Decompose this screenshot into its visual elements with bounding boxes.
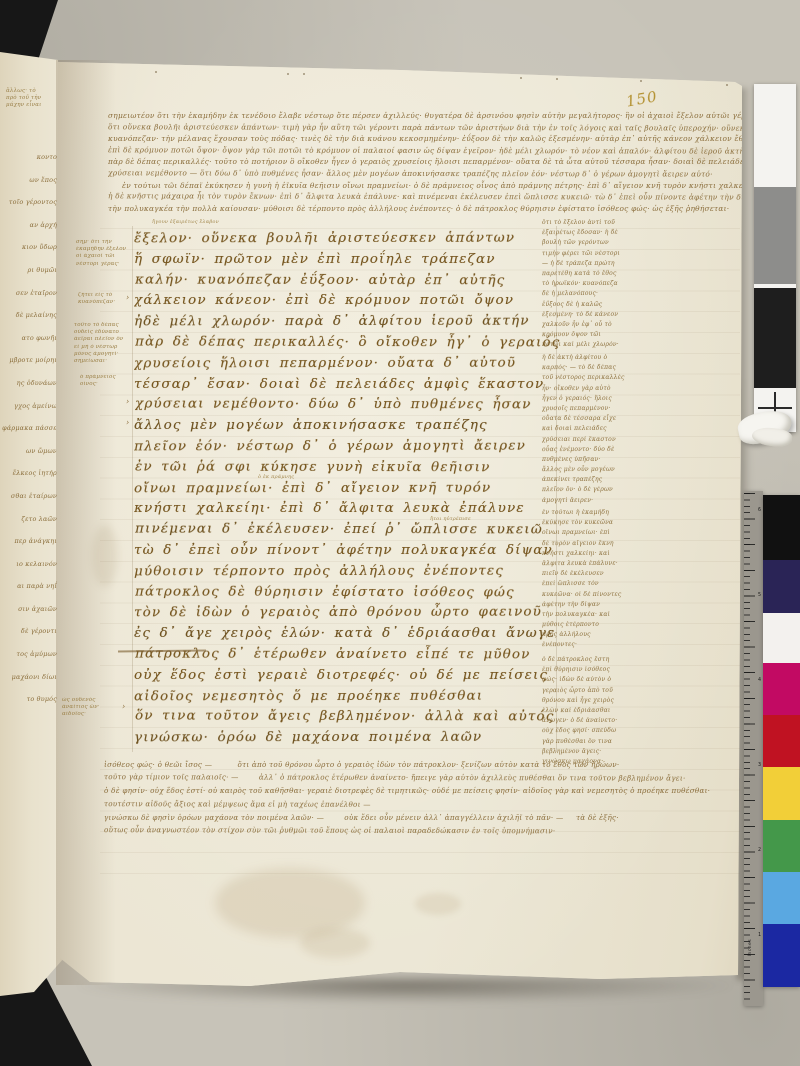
previous-page-marginal-note: ἄλλως· τὸπρὸ τοῦ τὴνμάχην εἶναι [6, 88, 58, 109]
note-line: ὡς οὐδενὸς [62, 697, 128, 704]
scholia-line: παρετέθη κατὰ τὸ ἔθος [542, 269, 632, 280]
line-ending: ατο φωνῆι [0, 327, 60, 350]
ruler-number: 5 [756, 592, 763, 598]
scholia-line: τοῦτο γὰρ τίμιον τοῖς παλαιοῖς· — ἀλλ᾽ ὁ… [104, 770, 742, 785]
ruler-label: Inches [748, 939, 753, 956]
line-ending: δὲ μελαίνης [0, 304, 60, 327]
line-ending: μβροτε μοίρηι [0, 349, 60, 372]
scholia-line: ὁ δὲ πάτροκλος ἔστη [542, 655, 632, 665]
verse-line: πάτροκλος δ᾽ ἑτέρωθεν ἀναίνετο εἶπέ τε μ… [135, 644, 573, 666]
right-scholia-block: ὅτι τὸ ἔξελον ἀντὶ τοῦἐξαιρέτως ἔδοσαν· … [542, 218, 632, 350]
scholia-line: μύθοις ἐτέρποντο [542, 620, 632, 631]
diple-mark: › [126, 418, 129, 427]
color-patch [763, 924, 800, 987]
verse-line: χρύσειαι νεμέθοντο· δύω δ᾽ ὑπὸ πυθμένες … [135, 395, 573, 417]
scholia-line: κυκεῶνα· οἱ δὲ πίνοντες [542, 590, 632, 600]
line-ending: σεν ἑταῖρον [0, 282, 60, 305]
pricking-dot [556, 78, 558, 80]
left-margin-note: σημ· ὅτι τὴνἑκαμήδην ἔξελονοἱ ἀχαιοὶ τῶι… [76, 239, 134, 268]
scholia-line: τὴν πολυκαγκέα τὴν πολλὰ καίουσαν· μύθοι… [108, 203, 742, 215]
scholia-line: δὲ ἡ μελανόπους· [542, 289, 632, 300]
scholia-line: γὰρ πυθέσθαι ὅν τινα [542, 737, 632, 747]
scholia-line: θρόνου καὶ ἦγε χειρὸς [542, 696, 632, 706]
note-line: οἱ ἀχαιοὶ τῶι [76, 253, 134, 260]
scholia-line: βουλὴ τῶν γερόντων [542, 238, 632, 248]
scholia-line: ἡ δὲ ἀκτὴ ἀλφίτου ὁ [542, 353, 632, 363]
manuscript-photograph: ἄλλως· τὸπρὸ τοῦ τὴνμάχην εἶναι κοντοων … [0, 0, 800, 1066]
verse-line: χρυσείοις ἥλοισι πεπαρμένον· οὔατα δ᾽ αὐ… [134, 353, 572, 375]
note-line: πρὸ τοῦ τὴν [6, 95, 58, 102]
note-line: ὁ πράμνειος [80, 374, 134, 381]
note-line: ἀναίτιος ὤν· [62, 704, 128, 711]
line-ending: ης ὀδυνάων [0, 372, 60, 395]
scholia-line: ἐν τούτωι ἡ ἑκαμήδη [542, 508, 632, 518]
pricking-dot [303, 73, 305, 75]
scholia-line: κνήστι χαλκείηι· καὶ [542, 549, 632, 559]
right-scholia-block: ἐν τούτωι ἡ ἑκαμήδηἐκύκησε τὸν κυκεῶναοἴ… [542, 508, 632, 651]
color-patch [763, 560, 800, 613]
scholia-line: βεβλημένον ἄγεις· [542, 747, 632, 758]
scholia-line: πυθμένες ὑπῆσαν· [542, 455, 632, 465]
ruler-number: 6 [756, 507, 763, 513]
scholia-line: φώς· ἰδὼν δὲ αὐτὸν ὁ [542, 675, 632, 685]
line-ending: γχος ἀμείνω [0, 395, 60, 418]
note-line: σημ· ὅτι τὴν [76, 239, 134, 246]
verse-line: καλήν· κυανόπεζαν ἐΰξοον· αὐτὰρ ἐπ᾽ αὐτῆ… [135, 270, 573, 292]
ruler-number: 2 [756, 847, 763, 853]
scholia-line: ἄλλος μὲν οὖν μογέων [542, 465, 632, 476]
scholia-line: σημειωτέον ὅτι τὴν ἑκαμήδην ἐκ τενέδοιο … [108, 110, 742, 122]
right-scholia-block: ἡ δὲ ἀκτὴ ἀλφίτου ὁκαρπός· — τὸ δὲ δέπας… [542, 353, 632, 506]
scholia-line: τὸ ἡρωϊκόν· κυανόπεζα [542, 279, 632, 289]
pricking-dot [520, 77, 522, 79]
pricking-dot [155, 71, 157, 73]
scholia-line: ἐξεσμένη· τὸ δὲ κάνεον [542, 310, 632, 321]
scholia-line: τουτέστιν αἰδοῦς ἄξιος καὶ μέμψεως ἅμα ε… [104, 797, 742, 812]
scholia-line: ἦν· οἴκοθεν γὰρ αὐτὸ [542, 383, 632, 394]
scholia-line: χρυσοῖς πεπαρμένον· [542, 404, 632, 415]
scholia-line: ἡ δὲ κνῆστις μάχαιρα ἧι τὸν τυρὸν ἔκνων·… [108, 190, 742, 203]
verse-line: ὅν τινα τοῦτον ἄγεις βεβλημένον· ἀλλὰ κα… [135, 707, 573, 729]
scholia-line: πιεῖν δὲ ἐκέλευσεν [542, 569, 632, 579]
left-margin-note: ζήτει εἰς τὸκυανόπεζαν· [78, 292, 134, 306]
line-ending: περ ἀνάγκηι [0, 530, 60, 553]
scholia-line: ἦγεν ὁ γεραιός· ἥλοις [542, 394, 632, 404]
line-ending: μαχάονι δίωι [0, 666, 60, 689]
scholia-line: ἐν τούτωι τῶι δέπαϊ ἐκύκησεν ἡ γυνὴ ἡ ἐϊ… [108, 180, 742, 192]
line-ending: ζετο λαῶν [0, 508, 60, 531]
note-line: ἄλλως· τὸ [6, 88, 58, 95]
bottom-scholia-block: ἰσόθεος φώς· ὁ θεῶι ἴσος — ὅτι ἀπὸ τοῦ θ… [104, 758, 742, 837]
scholia-line: ἑλὼν καὶ ἑδριάασθαι [542, 706, 632, 717]
color-patch [763, 613, 800, 663]
verse-line: ἠδὲ μέλι χλωρόν· παρὰ δ᾽ ἀλφίτου ἱεροῦ ἀ… [134, 312, 572, 334]
scholia-line: καρπός· — τὸ δὲ δέπας [542, 363, 632, 374]
scholia-line: ἐπὶ θύρηισιν ἰσόθεος [542, 665, 632, 676]
scholia-line: ὅτι τὸ ἔξελον ἀντὶ τοῦ [542, 218, 632, 228]
scholia-line: τὴν πολυκαγκέα· καὶ [542, 610, 632, 620]
interlinear-gloss: ὁ ἐκ πράμνης [258, 474, 294, 480]
scholia-line: γινώσκω δὲ φησὶν ὁρόων μαχάονα τὸν ποιμέ… [104, 811, 742, 824]
verse-line: κνήστι χαλκείηι· ἐπὶ δ᾽ ἄλφιτα λευκὰ ἐπά… [134, 499, 572, 520]
note-line: μάχην εἶναι [6, 102, 58, 109]
verse-line: ἄλλος μὲν μογέων ἀποκινήσασκε τραπέζης [134, 416, 572, 437]
color-patch [763, 663, 800, 715]
note-line: εἰ μὴ ὁ νέστωρ [74, 344, 134, 351]
scholia-line: ἐνέποντες· [542, 640, 632, 651]
line-ending: ων ὤμων [0, 440, 60, 463]
scholia-line: ἰσόθεος φώς· ὁ θεῶι ἴσος — ὅτι ἀπὸ τοῦ θ… [104, 758, 742, 771]
scholia-line: οὖας ἐνέμοντο· δύο δὲ [542, 445, 632, 456]
scholia-line: πὰρ δὲ δέπας περικαλλές· τοῦτο τὸ ποτήρι… [108, 156, 742, 168]
gray-patch [754, 187, 796, 284]
note-line: ἑκαμήδην ἔξελον [76, 246, 134, 253]
note-line: αἰδοῖος· [62, 711, 128, 718]
verse-line: πὰρ δὲ δέπας περικαλλές· ὃ οἴκοθεν ἦγ᾽ ὁ… [135, 333, 573, 355]
scholia-line: ποτῶι καὶ μέλι χλωρόν· [542, 340, 632, 350]
verse-line: τὼ δ᾽ ἐπεὶ οὖν πίνοντ᾽ ἀφέτην πολυκαγκέα… [134, 541, 572, 562]
black-patch [754, 288, 796, 388]
verse-line: ἐν τῶι ῥά σφι κύκησε γυνὴ εἰκυῖα θεῆισιν [135, 457, 573, 479]
verse-line: πάτροκλος δὲ θύρηισιν ἐφίστατο ἰσόθεος φ… [135, 582, 573, 604]
color-patch [763, 820, 800, 872]
line-ending: αν ἀρχή [0, 214, 60, 237]
pricking-dot [640, 80, 642, 82]
scholia-line: ἐξαιρέτως ἔδοσαν· ἡ δὲ [542, 228, 632, 239]
scholia-line: κυανόπεζαν· τὴν μέλανας ἔχουσαν τοὺς πόδ… [108, 133, 742, 145]
line-ending: δὲ γέροντι [0, 620, 60, 643]
color-patch [763, 495, 800, 560]
interlinear-gloss: ἤτοι ηὐτρέπισε [430, 516, 471, 522]
verse-line: οἴνωι πραμνείωι· ἐπὶ δ᾽ αἴγειον κνῆ τυρό… [134, 478, 572, 500]
interlinear-gloss: ἤγουν ἐξαιρέτως ἔλαβον [152, 219, 219, 225]
previous-page-line-endings: κοντοων ἔποςτοῖο γέροντοςαν ἀρχήκιον ὕδω… [0, 146, 60, 711]
scholia-line: δὲ τυρὸν αἴγειον ἔκνη [542, 538, 632, 549]
note-line: νέστορι γέρας· [76, 261, 134, 268]
ruler-numbers: 654321 [744, 491, 763, 1006]
line-ending: κοντο [0, 146, 60, 169]
line-ending: ἕλκεος ἰητήρ [0, 462, 60, 485]
line-ending: τοῖο γέροντος [0, 191, 60, 214]
scholia-line: χρύσειαι περὶ ἕκαστον [542, 435, 632, 445]
verse-line: τὸν δὲ ἰδὼν ὁ γεραιὸς ἀπὸ θρόνου ὦρτο φα… [134, 603, 572, 625]
scholia-line: τιμὴν φέρει τῶι νέστορι [542, 248, 632, 259]
scholia-line: οὐχ ἕδος φησί· σπεύδω [542, 726, 632, 737]
scholia-line: τοῦ νέστορος περικαλλὲς [542, 373, 632, 383]
note-line: σημείωσαι· [74, 358, 134, 365]
line-ending: κιον ὕδωρ [0, 236, 60, 259]
scholia-line: οἴνωι πραμνείωι· ἐπὶ [542, 528, 632, 538]
scholia-line: ὁ δὲ φησίν· οὐχ ἕδος ἐστί· οὐ καιρὸς τοῦ… [104, 784, 742, 797]
scholia-line: γεραιὸς ὦρτο ἀπὸ τοῦ [542, 685, 632, 696]
note-line: κυανόπεζαν· [78, 299, 134, 306]
inch-ruler: 654321 Inches [744, 491, 763, 1006]
verse-line: πλεῖον ἐόν· νέστωρ δ᾽ ὁ γέρων ἀμογητὶ ἄε… [134, 437, 572, 459]
scholia-line: — ἡ δὲ τράπεζα πρώτη [542, 259, 632, 269]
pricking-dot [287, 73, 289, 75]
scholia-line: χαλκοῦν ἦν ἐφ᾽ οὗ τὸ [542, 320, 632, 330]
verse-line: ἐς δ᾽ ἄγε χειρὸς ἑλών· κατὰ δ᾽ ἑδριάασθα… [134, 624, 572, 645]
note-line: ζήτει εἰς τὸ [78, 292, 134, 299]
verse-line: χάλκειον κάνεον· ἐπὶ δὲ κρόμυον ποτῶι ὄψ… [134, 291, 572, 312]
scholia-line: οὕτως οὖν ἀναγνωστέον τὸν στίχον σὺν τῶι… [104, 823, 742, 838]
ruler-number: 3 [756, 762, 763, 768]
note-line: τοῦτο τὸ δέπας [74, 322, 134, 329]
scholia-line: πλεῖον ὄν· ὁ δὲ γέρων [542, 485, 632, 496]
ruler-number: 4 [756, 677, 763, 683]
scholia-line: ἐπεὶ ὥπλισσε τὸν [542, 579, 632, 590]
note-line: μόνος ἀμογητί· [74, 351, 134, 358]
line-ending: σιν ἀχαιῶν [0, 598, 60, 621]
scholia-line: ἀμογητὶ ἄειρεν· [542, 496, 632, 506]
note-line: οὐδεὶς ἐδύνατο [74, 329, 134, 336]
scholia-line: χρύσειαι νεμέθοντο — ὅτι δύω δ᾽ ὑπὸ πυθμ… [108, 167, 742, 180]
left-margin-note: ὁ πράμνειοςοἶνος· [80, 374, 134, 388]
top-scholia-block: σημειωτέον ὅτι τὴν ἑκαμήδην ἐκ τενέδοιο … [108, 110, 742, 216]
verse-line: πινέμεναι δ᾽ ἐκέλευσεν· ἐπεί ῥ᾽ ὤπλισσε … [135, 520, 573, 542]
scholia-line: καὶ δοιαὶ πελειάδες [542, 424, 632, 435]
verse-line: αἰδοῖος νεμεσητὸς ὅ με προέηκε πυθέσθαι [134, 686, 572, 708]
pricking-dot [726, 84, 728, 86]
color-calibration-patches [763, 495, 800, 987]
color-patch [763, 715, 800, 767]
scholia-line: ἐπὶ δὲ κρόμυον ποτῶι ὄψον· ὄψον γὰρ τῶι … [108, 144, 742, 157]
color-patch [763, 767, 800, 820]
right-scholia-block: ὁ δὲ πάτροκλος ἔστηἐπὶ θύρηισιν ἰσόθεοςφ… [542, 655, 632, 767]
verse-line: οὐχ ἕδος ἐστὶ γεραιὲ διοτρεφές· οὐ δέ με… [134, 666, 572, 687]
verse-line: γινώσκω· ὁρόω δὲ μαχάονα ποιμένα λαῶν [134, 728, 572, 750]
scholia-line: ἄλφιτα λευκὰ ἐπάλυνε· [542, 559, 632, 570]
verse-line: μύθοισιν τέρποντο πρὸς ἀλλήλους ἐνέποντε… [134, 561, 572, 583]
color-patch [763, 872, 800, 924]
line-ending: αι παρὰ νηΐ [0, 575, 60, 598]
left-margin-note: τοῦτο τὸ δέπαςοὐδεὶς ἐδύνατοἀεῖραι πλεῖο… [74, 322, 134, 365]
scholia-line: ὅτι οὕνεκα βουλῆι ἀριστεύεσκεν ἁπάντων· … [108, 121, 742, 134]
line-ending: ιο κελαινόν [0, 553, 60, 576]
diple-mark: › [126, 397, 129, 406]
verse-line: τέσσαρ᾽ ἔσαν· δοιαὶ δὲ πελειάδες ἀμφὶς ἕ… [134, 375, 572, 396]
scholia-line: ἀφέτην τὴν δίψαν [542, 600, 632, 611]
line-ending: το θυμός [0, 688, 60, 711]
line-ending: σθαι ἑταίρων [0, 485, 60, 508]
scholia-line: οὔατα δὲ τέσσαρα εἶχε [542, 414, 632, 424]
grayscale-calibration-card [754, 84, 796, 432]
line-ending: τος ἀμύμων [0, 643, 60, 666]
line-ending: ων ἔπος [0, 169, 60, 192]
scholia-line: ἄνωγεν· ὁ δὲ ἀναίνετο· [542, 716, 632, 726]
note-line: ἀεῖραι πλεῖον ὂν [74, 336, 134, 343]
scholia-line: κρόμυον ὄψον τῶι [542, 330, 632, 341]
verse-line: ἥ σφωϊν· πρῶτον μὲν ἐπὶ προΐηλε τράπεζαν [134, 250, 572, 271]
ruler-number: 1 [756, 932, 763, 938]
line-ending: ρι θυμῶι [0, 259, 60, 282]
scholia-line: ἐΰξοος δὲ ἡ καλῶς [542, 300, 632, 310]
verse-line: ἔξελον· οὕνεκα βουλῆι ἀριστεύεσκεν ἁπάντ… [134, 229, 572, 251]
main-text-block: ἔξελον· οὕνεκα βουλῆι ἀριστεύεσκεν ἁπάντ… [134, 229, 572, 749]
line-ending: φάρμακα πάσσε [0, 417, 60, 440]
note-line: οἶνος· [80, 381, 134, 388]
left-margin-note: ὡς οὐδενὸςἀναίτιος ὤν·αἰδοῖος· [62, 697, 128, 719]
scholia-line: ἐκύκησε τὸν κυκεῶνα [542, 518, 632, 529]
